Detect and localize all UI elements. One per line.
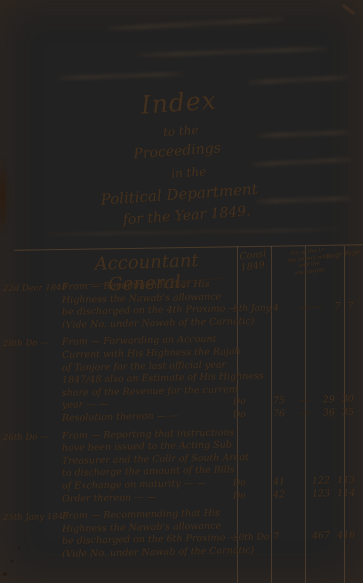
entry-date: 22d Decr 1848	[0, 283, 62, 294]
entry-text: From — Recommending that His	[62, 507, 230, 522]
page-numbers	[298, 364, 363, 365]
consultation-date	[230, 286, 268, 287]
consultation-date	[230, 447, 268, 448]
entry-date	[0, 328, 62, 329]
page-numbers	[298, 339, 363, 340]
ledger-dash	[300, 400, 311, 401]
entry-date	[0, 396, 62, 397]
entry-number	[268, 471, 298, 472]
entry-date	[0, 464, 62, 465]
page-numbers: 29 30	[298, 394, 363, 406]
entry-text: (Vide No. under Nawab of the Carnatic)	[62, 545, 230, 560]
page-numbers	[298, 550, 363, 551]
entry-number	[268, 514, 298, 515]
entry-number	[268, 378, 298, 379]
entry-number	[268, 285, 298, 286]
entry-text: Resolution thereon — —	[62, 409, 230, 424]
page-numbers	[298, 513, 363, 514]
bleed-through-smudge	[58, 72, 183, 80]
entry-text: 1847/48 also an Estimate of His Highness	[62, 372, 230, 387]
ledger-dash	[300, 413, 311, 414]
entry-text: From — Recommends that His	[62, 278, 230, 293]
consultation-date	[230, 341, 268, 342]
entry-date	[0, 557, 62, 558]
entry-date	[0, 383, 62, 384]
page-number-2: 7	[348, 301, 354, 312]
entry-date	[0, 421, 62, 422]
entry-number: 4	[268, 302, 298, 314]
consultation-date	[230, 298, 268, 299]
consultation-date: 5th Jany,	[230, 304, 268, 315]
entry-date	[0, 501, 62, 502]
page-number-2: 35	[342, 407, 354, 418]
page-numbers	[298, 525, 363, 526]
title-block: Index to the Proceedings in the Politica…	[36, 78, 330, 234]
entry-date: 25th Jany 1849	[0, 512, 62, 523]
entry-number: 41	[268, 476, 298, 488]
consultation-column-header: Consl 1849.	[239, 248, 269, 273]
entry-number	[268, 433, 298, 434]
entry-date	[0, 315, 62, 316]
page-number-1: 123	[312, 488, 330, 499]
entry-text: Current with His Highness the Rajah	[62, 346, 230, 361]
page-number-1: 29	[323, 395, 335, 406]
entry-number	[268, 366, 298, 367]
page-number-1: 122	[312, 475, 330, 486]
page-numbers	[298, 377, 363, 378]
consultation-date	[230, 527, 268, 528]
page-number-2: 30	[342, 394, 354, 405]
ink-mark	[342, 4, 356, 16]
consultation-date: Do	[230, 397, 268, 408]
entry-date	[0, 303, 62, 304]
consultation-date	[230, 366, 268, 367]
consultation-header-line: 1849.	[240, 259, 268, 273]
consultation-date: Do	[230, 478, 268, 489]
entry-date	[0, 370, 62, 371]
page-numbers	[298, 352, 363, 353]
note-column-header: No of the Lr the letters with and the en…	[279, 246, 340, 279]
page-numbers: 123 114	[298, 487, 363, 499]
entry-number	[268, 527, 298, 528]
ink-stain	[0, 158, 9, 236]
page-number-2: 114	[337, 487, 355, 498]
entry-date	[0, 489, 62, 490]
consultation-date	[230, 434, 268, 435]
page-number-2: 416	[337, 530, 355, 541]
entry-date	[0, 532, 62, 533]
page-numbers: 122 113	[298, 474, 363, 486]
page-numbers	[298, 296, 363, 297]
page-numbers: 36 35	[298, 407, 363, 419]
page-numbers	[298, 284, 363, 285]
entry-number	[268, 446, 298, 447]
bleed-through-smudge	[108, 17, 283, 30]
entry-text: have been issued to the Acting Sub	[62, 440, 230, 455]
page-numbers: 7 7	[298, 301, 363, 313]
consultation-date: Do	[230, 410, 268, 421]
page-number-2: 113	[337, 475, 355, 486]
entry-number: 76	[268, 408, 298, 420]
entry-number	[268, 298, 298, 299]
consultation-date	[230, 472, 268, 473]
entry-date	[0, 451, 62, 452]
entry-number	[268, 340, 298, 341]
index-rows: 22d Decr 1848 From — Recommends that His…	[0, 283, 363, 562]
entry-number	[268, 459, 298, 460]
entry-date: 26th Do —	[0, 431, 62, 442]
entry-date	[0, 358, 62, 359]
page-numbers	[298, 457, 363, 458]
entry-date	[0, 408, 62, 409]
consultation-date	[230, 515, 268, 516]
entry-number	[268, 552, 298, 553]
page-numbers	[298, 321, 363, 322]
consultation-date: 30th Do	[230, 533, 268, 544]
page-number-1: 36	[323, 407, 335, 418]
consultation-date: Do	[230, 490, 268, 501]
entry-number: 75	[268, 395, 298, 407]
page-numbers	[298, 389, 363, 390]
entry-number: 42	[268, 488, 298, 500]
entry-text: of Exchange on maturity — —	[62, 477, 230, 492]
page-numbers	[298, 470, 363, 471]
ledger-dash	[300, 307, 323, 308]
page-numbers	[298, 445, 363, 446]
page-number-1: 7	[335, 301, 341, 312]
entry-number	[268, 353, 298, 354]
bleed-through-smudge	[138, 47, 328, 58]
page-number-1: 467	[312, 531, 330, 542]
entry-number	[268, 391, 298, 392]
entry-date	[0, 544, 62, 545]
manuscript-page: Index to the Proceedings in the Politica…	[0, 0, 363, 583]
entry-date	[0, 476, 62, 477]
entry-number	[268, 323, 298, 324]
entry-date: 28th Do —	[0, 338, 62, 349]
page-numbers: 467 416	[298, 530, 363, 542]
entry-number: 7	[268, 531, 298, 543]
page-numbers	[298, 432, 363, 433]
